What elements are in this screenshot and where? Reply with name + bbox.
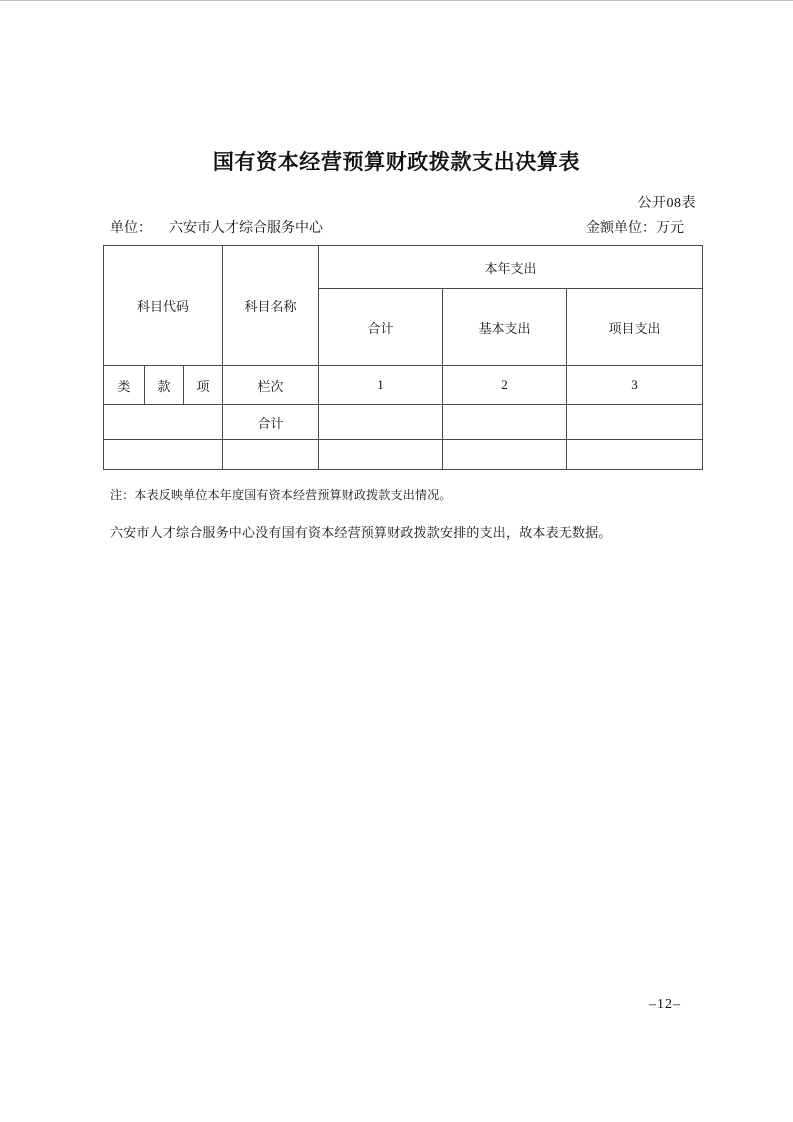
cell-basic [443, 440, 567, 470]
header-subject-code: 科目代码 [104, 246, 223, 366]
amount-unit-label: 金额单位：万元 [586, 217, 684, 237]
meta-row: 单位： 六安市人才综合服务中心 金额单位：万元 [110, 217, 684, 237]
cell-code-class: 类 [104, 366, 145, 405]
header-project-expenditure: 项目支出 [567, 289, 703, 366]
cell-total [319, 440, 443, 470]
page-number: –12– [649, 997, 681, 1013]
unit-label: 单位： [110, 217, 152, 237]
cell-code [104, 440, 223, 470]
table-row: 类 款 项 栏次 1 2 3 [104, 366, 703, 405]
cell-col-number-2: 2 [443, 366, 567, 405]
table-note: 注：本表反映单位本年度国有资本经营预算财政拨款支出情况。 [110, 486, 452, 503]
cell-project [567, 440, 703, 470]
cell-code-section: 款 [145, 366, 184, 405]
table-row: 合计 [104, 405, 703, 440]
expenditure-table: 科目代码 科目名称 本年支出 合计 基本支出 项目支出 类 款 项 栏次 1 2… [103, 245, 703, 470]
cell-col-number-1: 1 [319, 366, 443, 405]
no-data-statement: 六安市人才综合服务中心没有国有资本经营预算财政拨款安排的支出，故本表无数据。 [110, 522, 612, 541]
document-page: 国有资本经营预算财政拨款支出决算表 公开08表 单位： 六安市人才综合服务中心 … [0, 0, 793, 1122]
cell-total [319, 405, 443, 440]
header-subject-name: 科目名称 [223, 246, 319, 366]
form-number: 公开08表 [638, 192, 697, 212]
cell-project [567, 405, 703, 440]
header-current-year-expenditure: 本年支出 [319, 246, 703, 289]
unit-value: 六安市人才综合服务中心 [169, 217, 323, 237]
header-total: 合计 [319, 289, 443, 366]
cell-code-item: 项 [184, 366, 223, 405]
cell-name: 合计 [223, 405, 319, 440]
table-row [104, 440, 703, 470]
cell-col-number-3: 3 [567, 366, 703, 405]
cell-name [223, 440, 319, 470]
table-row: 科目代码 科目名称 本年支出 [104, 246, 703, 289]
header-basic-expenditure: 基本支出 [443, 289, 567, 366]
cell-code [104, 405, 223, 440]
cell-column-header: 栏次 [223, 366, 319, 405]
cell-basic [443, 405, 567, 440]
page-title: 国有资本经营预算财政拨款支出决算表 [0, 146, 793, 176]
